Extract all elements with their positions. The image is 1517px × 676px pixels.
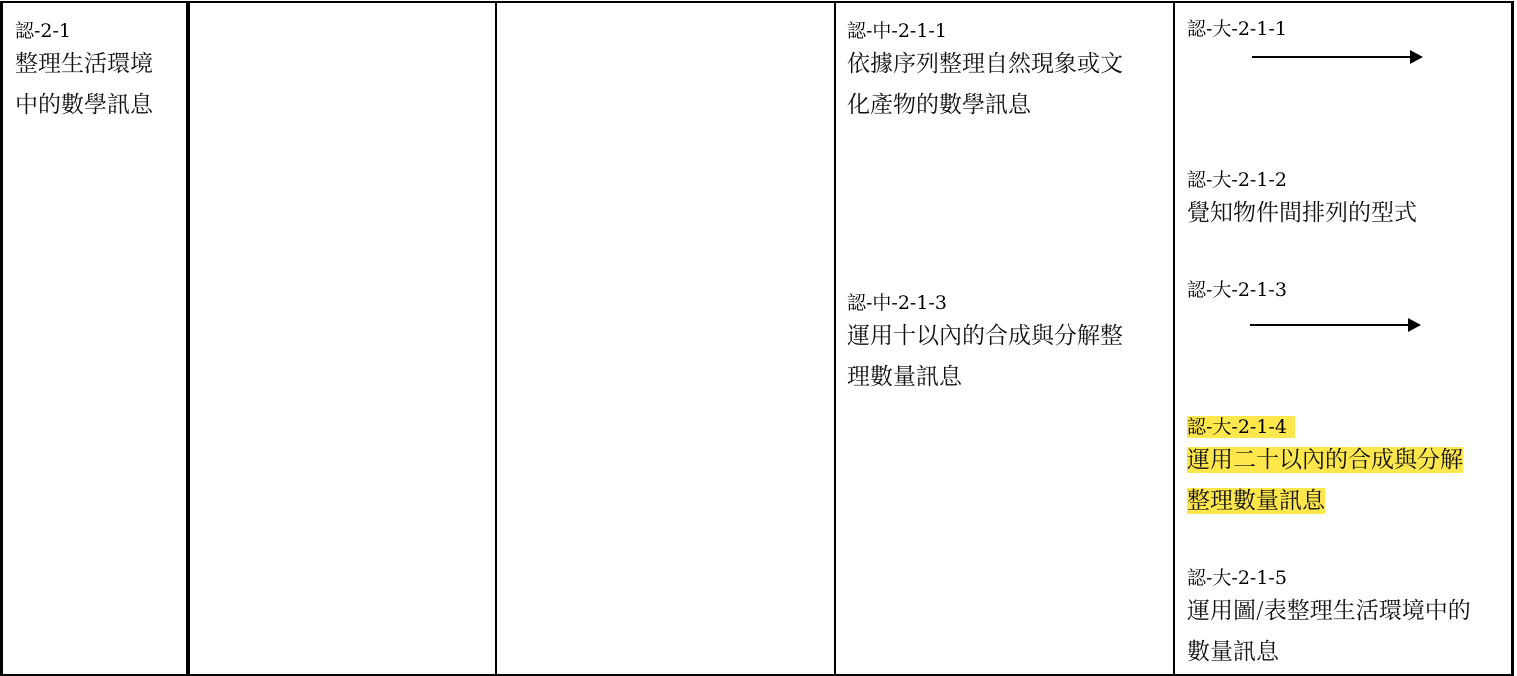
entry-block: 認-大-2-1-3 <box>1187 277 1287 303</box>
column-border-left <box>0 1 3 676</box>
entry-block: 認-大-2-1-1 <box>1187 16 1287 42</box>
entry-code: 認-中-2-1-1 <box>847 18 1123 44</box>
entry-block: 認-中-2-1-3 運用十以內的合成與分解整 理數量訊息 <box>847 290 1123 398</box>
entry-desc-line: 化產物的數學訊息 <box>847 85 1123 126</box>
entry-desc-line: 運用十以內的合成與分解整 <box>847 316 1123 357</box>
entry-block-highlighted: 認-大-2-1-4 運用二十以內的合成與分解 整理數量訊息 <box>1187 414 1463 522</box>
cell-col-5: 認-大-2-1-1 認-大-2-1-2 覺知物件間排列的型式 認-大-2-1-3… <box>1187 3 1511 676</box>
entry-desc-line: 整理生活環境 <box>15 44 153 85</box>
column-border <box>1173 1 1175 676</box>
entry-desc-line: 運用二十以內的合成與分解 <box>1187 447 1463 473</box>
entry-desc-line: 覺知物件間排列的型式 <box>1187 193 1417 234</box>
right-arrow-icon <box>1250 324 1409 326</box>
entry-code: 認-大-2-1-3 <box>1187 277 1287 303</box>
column-border <box>834 1 836 676</box>
column-border-right <box>1511 1 1514 676</box>
entry-block: 認-大-2-1-5 運用圖/表整理生活環境中的 數量訊息 <box>1187 565 1471 673</box>
cell-col-4: 認-中-2-1-1 依據序列整理自然現象或文 化產物的數學訊息 認-中-2-1-… <box>847 3 1172 676</box>
right-arrow-icon <box>1252 56 1411 58</box>
entry-block: 認-2-1 整理生活環境 中的數學訊息 <box>15 18 153 126</box>
entry-desc-line: 整理數量訊息 <box>1187 488 1325 514</box>
entry-block: 認-中-2-1-1 依據序列整理自然現象或文 化產物的數學訊息 <box>847 18 1123 126</box>
entry-desc-line: 理數量訊息 <box>847 357 1123 398</box>
entry-desc-line: 運用圖/表整理生活環境中的 <box>1187 591 1471 632</box>
cell-col-2 <box>190 3 495 676</box>
entry-block: 認-大-2-1-2 覺知物件間排列的型式 <box>1187 167 1417 234</box>
entry-desc-line: 中的數學訊息 <box>15 85 153 126</box>
cell-col-3 <box>497 3 834 676</box>
entry-code: 認-2-1 <box>15 18 153 44</box>
entry-code: 認-大-2-1-4 <box>1187 416 1295 438</box>
entry-desc-line: 依據序列整理自然現象或文 <box>847 44 1123 85</box>
entry-desc-line: 數量訊息 <box>1187 632 1471 673</box>
cell-col-1: 認-2-1 整理生活環境 中的數學訊息 <box>15 3 185 676</box>
entry-code: 認-大-2-1-2 <box>1187 167 1417 193</box>
curriculum-table: 認-2-1 整理生活環境 中的數學訊息 認-中-2-1-1 依據序列整理自然現象… <box>0 0 1517 676</box>
entry-code: 認-大-2-1-1 <box>1187 16 1287 42</box>
entry-code: 認-中-2-1-3 <box>847 290 1123 316</box>
entry-code: 認-大-2-1-5 <box>1187 565 1471 591</box>
